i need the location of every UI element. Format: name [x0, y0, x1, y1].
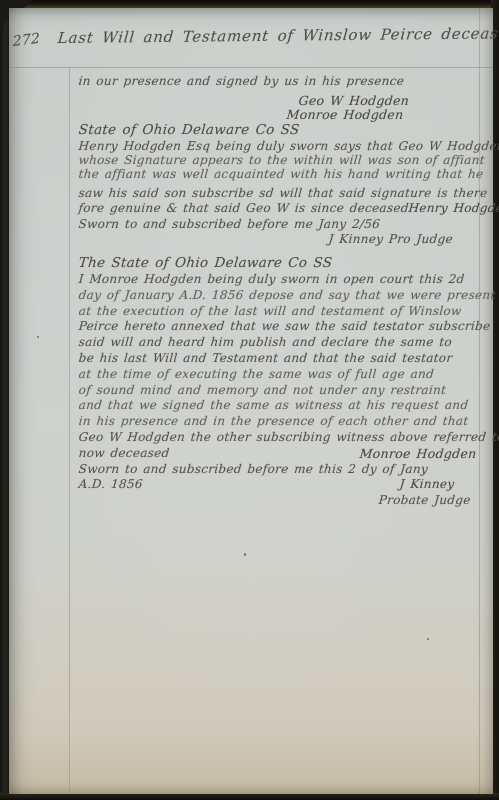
judge-signature: J Kinney Pro Judge	[78, 232, 477, 246]
affidavit1-line: whose Signature appears to the within wi…	[78, 153, 477, 167]
page-edge-line	[479, 8, 480, 794]
affidavit2-block: The State of Ohio Delaware Co SS I Monro…	[78, 255, 476, 509]
affidavit1-heading: State of Ohio Delaware Co SS	[78, 122, 477, 139]
witness-signature-geo: Geo W Hodgden	[78, 94, 477, 108]
affidavit1-block: State of Ohio Delaware Co SS Henry Hodgd…	[78, 122, 476, 246]
paper-speck	[244, 553, 246, 556]
attestation-line: in our presence and signed by us in his …	[78, 74, 477, 88]
affidavit2-line: and that we signed the same as witness a…	[78, 398, 477, 414]
attestation-block: in our presence and signed by us in his …	[78, 74, 476, 123]
affidavit2-line: day of January A.D. 1856 depose and say …	[78, 288, 477, 304]
affidavit2-jurat-line2-row: A.D. 1856 J Kinney	[78, 477, 476, 493]
affidavit1-jurat: Sworn to and subscribed before me Jany 2…	[78, 217, 477, 231]
paper-speck	[37, 336, 39, 338]
scan-border-bottom	[0, 793, 499, 800]
affidavit1-line: the affiant was well acquainted with his…	[78, 167, 477, 181]
affidavit2-heading: The State of Ohio Delaware Co SS	[78, 255, 477, 272]
affidavit2-line: at the execution of the last will and te…	[78, 304, 477, 320]
affidavit2-line: I Monroe Hodgden being duly sworn in ope…	[78, 272, 477, 288]
affidavit1-line-text: fore genuine & that said Geo W is since …	[78, 201, 409, 215]
paper-speck	[427, 638, 429, 640]
affidavit2-line: of sound mind and memory and not under a…	[78, 383, 477, 399]
affidavit2-line: Geo W Hodgden the other subscribing witn…	[78, 430, 477, 446]
affidavit2-line: be his last Will and Testament and that …	[78, 351, 477, 367]
margin-rule-line	[69, 67, 70, 792]
judge-signature-2: J Kinney	[399, 477, 477, 493]
judge-title: Probate Judge	[78, 493, 477, 509]
affidavit1-line: saw his said son subscribe sd will that …	[78, 186, 477, 200]
witness-signature-henry: Henry Hodgden	[408, 201, 499, 215]
witness-signature-monroe2: Monroe Hodgden	[359, 446, 477, 462]
affidavit2-line: said will and heard him publish and decl…	[78, 335, 477, 351]
affidavit1-line-with-signature: fore genuine & that said Geo W is since …	[78, 201, 476, 215]
affidavit2-line-text: now deceased	[78, 446, 170, 462]
affidavit2-line-with-signature: now deceased Monroe Hodgden	[78, 446, 476, 462]
header-rule-line	[9, 67, 493, 68]
page-number: 272	[12, 31, 40, 50]
affidavit2-jurat-line2: A.D. 1856	[78, 477, 143, 493]
affidavit2-jurat-line1: Sworn to and subscribed before me this 2…	[78, 462, 477, 478]
affidavit2-line: in his presence and in the presence of e…	[78, 414, 477, 430]
document-title: Last Will and Testament of Winslow Peirc…	[57, 24, 499, 47]
affidavit2-line: Peirce hereto annexed that we saw the sa…	[78, 319, 477, 335]
affidavit1-line: Henry Hodgden Esq being duly sworn says …	[78, 139, 477, 153]
affidavit2-line: at the time of executing the same was of…	[78, 367, 477, 383]
ledger-page: 272 Last Will and Testament of Winslow P…	[9, 8, 493, 794]
witness-signature-monroe: Monroe Hodgden	[78, 108, 477, 122]
